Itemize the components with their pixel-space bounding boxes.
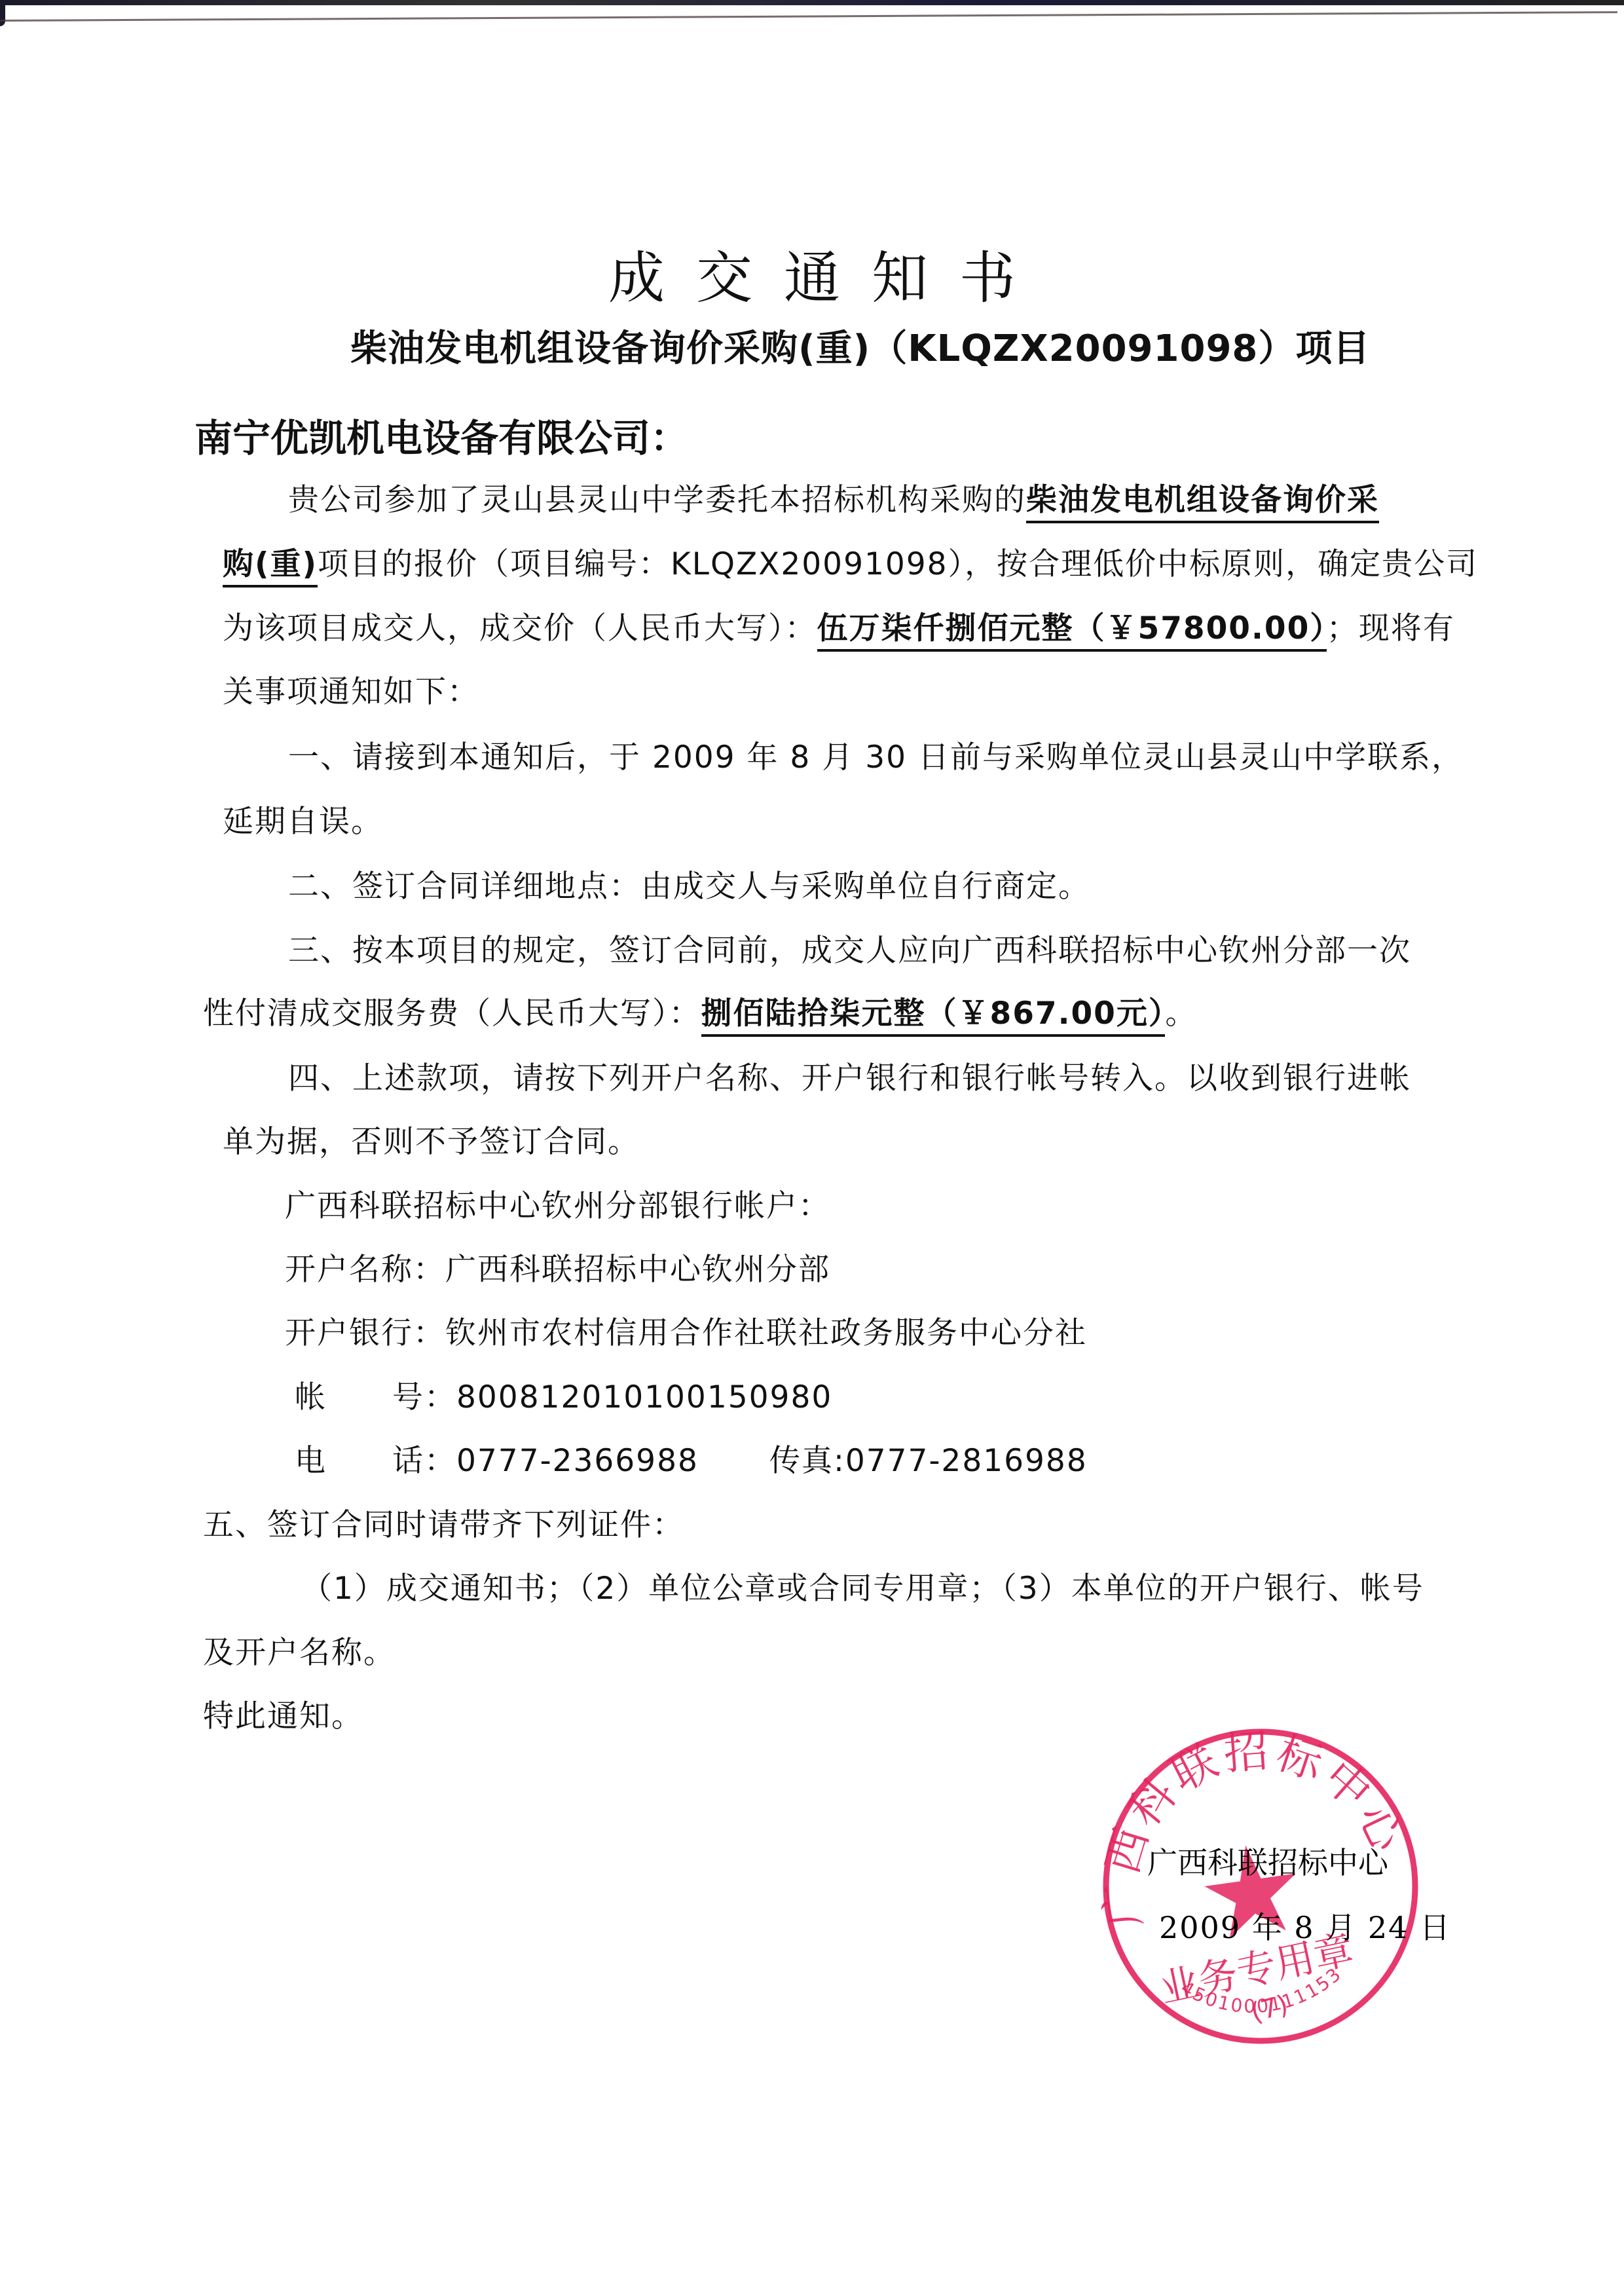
phone-label-2: 话： [392, 1443, 456, 1479]
account-name-label: 开户名称： [285, 1252, 445, 1288]
closing: 特此通知。 [203, 1701, 363, 1732]
bank-heading: 广西科联招标中心钦州分部银行帐户： [285, 1191, 830, 1222]
account-no-label-2: 号： [392, 1379, 456, 1415]
phone-label-1: 电 [295, 1443, 327, 1479]
intro-text: 为该项目成交人，成交价（人民币大写）： [223, 610, 817, 646]
scan-corner [0, 0, 5, 26]
item-five-line-2: 及开户名称。 [203, 1637, 396, 1668]
bank-account-name-row: 开户名称：广西科联招标中心钦州分部 [285, 1254, 830, 1285]
project-subtitle: 柴油发电机组设备询价采购(重)（KLQZX20091098）项目 [350, 320, 1370, 372]
scan-edge [0, 0, 1624, 5]
scan-line [0, 11, 1617, 22]
item-four-line-1: 四、上述款项，请按下列开户名称、开户银行和银行帐号转入。以收到银行进帐 [288, 1063, 1411, 1094]
account-no-value: 800812010100150980 [456, 1379, 832, 1415]
item-text: 性付清成交服务费（人民币大写）： [203, 996, 701, 1032]
fax-row: 传真:0777-2816988 [769, 1446, 1088, 1476]
intro-line-2: 购(重)项目的报价（项目编号：KLQZX20091098），按合理低价中标原则，… [223, 549, 1478, 580]
item-one-line-1: 一、请接到本通知后，于 2009 年 8 月 30 日前与采购单位灵山县灵山中学… [288, 742, 1464, 773]
fax-label: 传真: [769, 1443, 845, 1479]
item-text: 。 [1165, 996, 1197, 1032]
account-no-label-1: 帐 [295, 1379, 327, 1415]
project-name-underlined: 柴油发电机组设备询价采 [1026, 482, 1379, 523]
official-seal: 广西科联招标中心 业务专用章 (7) 4501000111153 [1100, 1724, 1421, 2048]
project-name-underlined-cont: 购(重) [223, 546, 318, 588]
intro-line-1: 贵公司参加了灵山县灵山中学委托本招标机构采购的柴油发电机组设备询价采 [288, 485, 1379, 515]
item-five-line-1: （1）成交通知书；（2）单位公章或合同专用章；（3）本单位的开户银行、帐号 [301, 1573, 1424, 1604]
bank-label: 开户银行： [285, 1315, 445, 1351]
account-name-value: 广西科联招标中心钦州分部 [445, 1252, 830, 1288]
intro-text: 贵公司参加了灵山县灵山中学委托本招标机构采购的 [288, 482, 1026, 518]
intro-line-3: 为该项目成交人，成交价（人民币大写）：伍万柒仟捌佰元整（￥57800.00）；现… [223, 613, 1455, 644]
item-five: 五、签订合同时请带齐下列证件： [203, 1510, 684, 1540]
phone-row: 电话：0777-2366988 [295, 1446, 699, 1476]
intro-line-4: 关事项通知如下： [223, 677, 479, 707]
item-three-line-1: 三、按本项目的规定，签订合同前，成交人应向广西科联招标中心钦州分部一次 [288, 935, 1411, 966]
bank-name-row: 开户银行：钦州市农村信用合作社联社政务服务中心分社 [285, 1318, 1087, 1349]
deal-price: 伍万柒仟捌佰元整（￥57800.00） [817, 610, 1327, 652]
service-fee: 捌佰陆拾柒元整（￥867.00元） [701, 996, 1166, 1037]
fax-value: 0777-2816988 [845, 1443, 1088, 1479]
item-two: 二、签订合同详细地点：由成交人与采购单位自行商定。 [288, 871, 1090, 902]
account-number-row: 帐号：800812010100150980 [295, 1382, 832, 1413]
signature-date: 2009 年 8 月 24 日 [1159, 1904, 1451, 1947]
intro-text: ；现将有 [1327, 610, 1455, 646]
page-title: 成交通知书 [0, 233, 1624, 314]
recipient: 南宁优凯机电设备有限公司： [194, 407, 688, 462]
bank-value: 钦州市农村信用合作社联社政务服务中心分社 [445, 1315, 1087, 1351]
item-one-line-2: 延期自误。 [223, 806, 383, 837]
item-three-line-2: 性付清成交服务费（人民币大写）：捌佰陆拾柒元整（￥867.00元）。 [203, 998, 1197, 1029]
signature-org: 广西科联招标中心 [1147, 1839, 1388, 1882]
intro-text: 项目的报价（项目编号：KLQZX20091098），按合理低价中标原则，确定贵公… [318, 546, 1478, 582]
item-four-line-2: 单为据，否则不予签订合同。 [223, 1127, 640, 1157]
phone-value: 0777-2366988 [456, 1443, 699, 1479]
